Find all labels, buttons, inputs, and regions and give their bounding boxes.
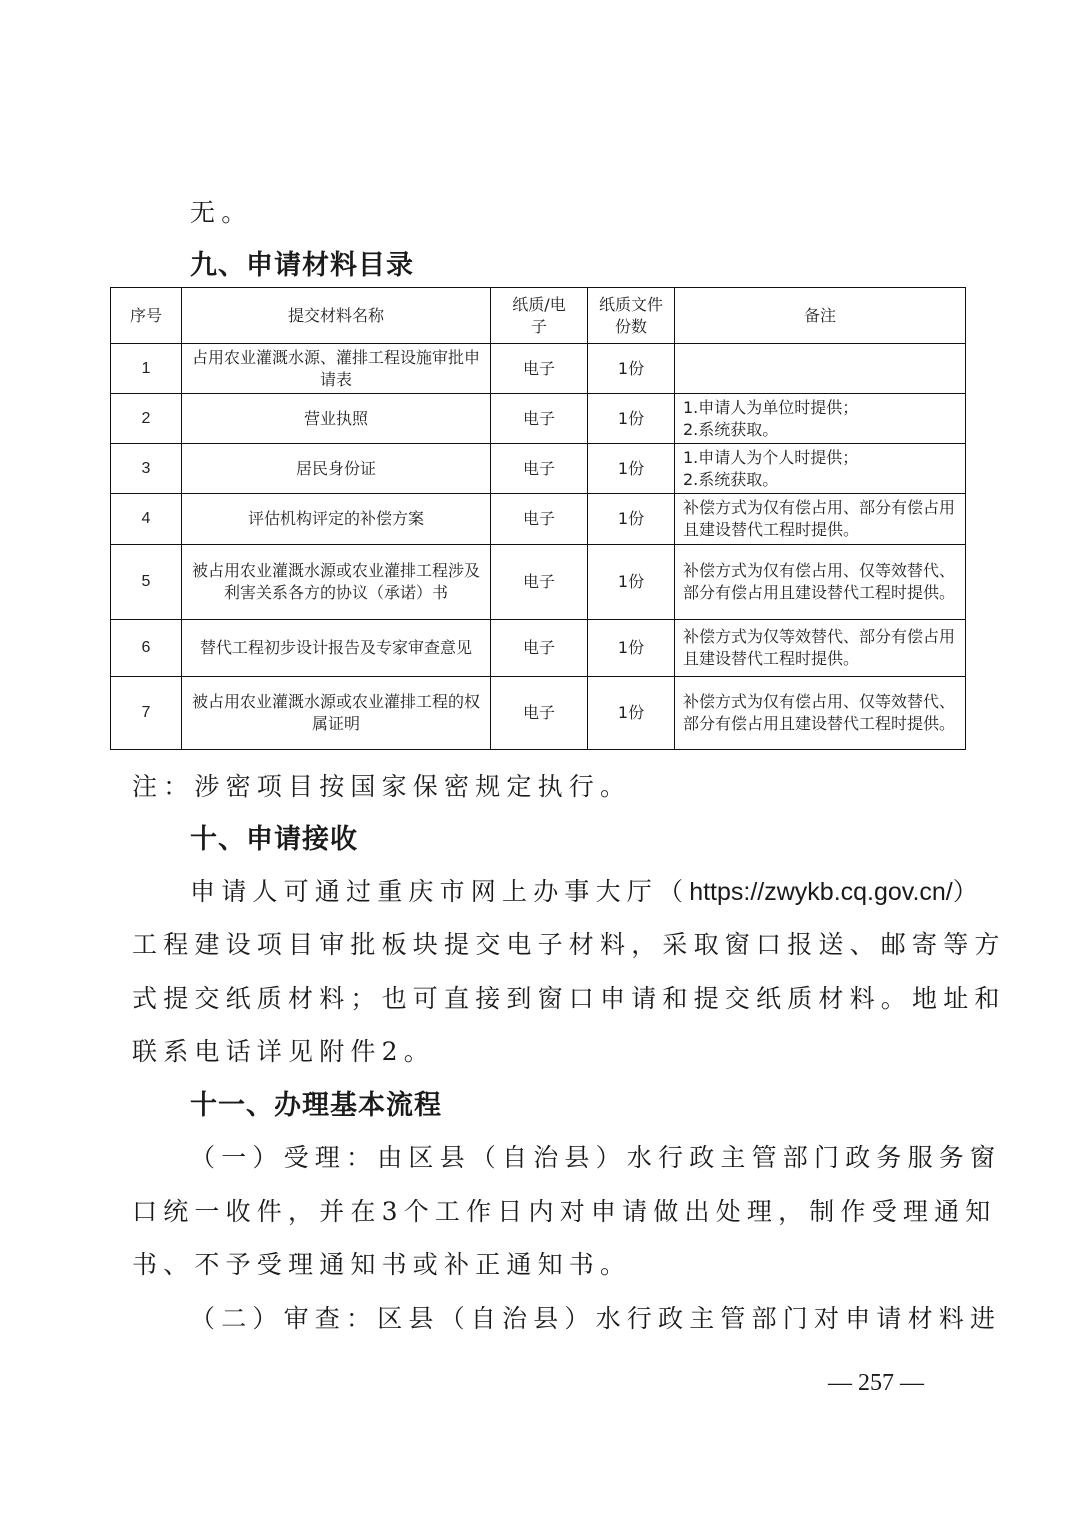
section-11-line-4: （二）审查：区县（自治县）水行政主管部门对申请材料进	[190, 1302, 1001, 1336]
row-copies: 1份	[588, 394, 675, 444]
page-number: — 257 —	[828, 1370, 924, 1397]
row-index: 2	[111, 394, 182, 444]
row-copies: 1份	[588, 344, 675, 394]
row-note: 补偿方式为仅有偿占用、部分有偿占用且建设替代工程时提供。	[675, 494, 966, 545]
note-line: 2.系统获取。	[683, 469, 961, 491]
row-name: 占用农业灌溉水源、灌排工程设施审批申请表	[182, 344, 491, 394]
row-format: 电子	[491, 444, 588, 494]
row-note: 1.申请人为个人时提供； 2.系统获取。	[675, 444, 966, 494]
row-copies: 1份	[588, 444, 675, 494]
section-11-heading: 十一、办理基本流程	[190, 1088, 442, 1124]
row-format: 电子	[491, 494, 588, 545]
table-row: 7 被占用农业灌溉水源或农业灌排工程的权属证明 电子 1份 补偿方式为仅有偿占用…	[111, 677, 966, 750]
header-index: 序号	[111, 288, 182, 344]
row-note: 补偿方式为仅有偿占用、仅等效替代、部分有偿占用且建设替代工程时提供。	[675, 545, 966, 620]
row-index: 5	[111, 545, 182, 620]
materials-table: 序号 提交材料名称 纸质/电子 纸质文件份数 备注 1 占用农业灌溉水源、灌排工…	[110, 287, 966, 750]
paragraph-text: 申请人可通过重庆市网上办事大厅（	[190, 877, 689, 906]
row-format: 电子	[491, 545, 588, 620]
row-name: 营业执照	[182, 394, 491, 444]
row-copies: 1份	[588, 620, 675, 677]
header-note: 备注	[675, 288, 966, 344]
row-index: 7	[111, 677, 182, 750]
section-10-line-1: 申请人可通过重庆市网上办事大厅（https://zwykb.cq.gov.cn/…	[190, 875, 984, 909]
table-row: 1 占用农业灌溉水源、灌排工程设施审批申请表 电子 1份	[111, 344, 966, 394]
row-format: 电子	[491, 677, 588, 750]
intro-text: 无。	[190, 196, 252, 230]
row-index: 1	[111, 344, 182, 394]
row-index: 4	[111, 494, 182, 545]
header-format: 纸质/电子	[491, 288, 588, 344]
row-name: 评估机构评定的补偿方案	[182, 494, 491, 545]
website-link[interactable]: https://zwykb.cq.gov.cn/	[689, 878, 953, 906]
row-copies: 1份	[588, 545, 675, 620]
row-name: 被占用农业灌溉水源或农业灌排工程涉及利害关系各方的协议（承诺）书	[182, 545, 491, 620]
section-10-heading: 十、申请接收	[190, 822, 358, 858]
paragraph-text: ）	[953, 877, 984, 906]
row-note: 补偿方式为仅等效替代、部分有偿占用且建设替代工程时提供。	[675, 620, 966, 677]
row-name: 被占用农业灌溉水源或农业灌排工程的权属证明	[182, 677, 491, 750]
table-row: 6 替代工程初步设计报告及专家审查意见 电子 1份 补偿方式为仅等效替代、部分有…	[111, 620, 966, 677]
section-10-line-4: 联系电话详见附件2。	[132, 1035, 435, 1069]
row-index: 6	[111, 620, 182, 677]
section-10-line-2: 工程建设项目审批板块提交电子材料，采取窗口报送、邮寄等方	[132, 928, 1006, 962]
footnote: 注：涉密项目按国家保密规定执行。	[132, 770, 631, 804]
section-11-line-3: 书、不予受理通知书或补正通知书。	[132, 1248, 631, 1282]
table-row: 5 被占用农业灌溉水源或农业灌排工程涉及利害关系各方的协议（承诺）书 电子 1份…	[111, 545, 966, 620]
row-format: 电子	[491, 620, 588, 677]
note-line: 1.申请人为单位时提供；	[683, 397, 961, 419]
section-10-line-3: 式提交纸质材料；也可直接到窗口申请和提交纸质材料。地址和	[132, 982, 1006, 1016]
row-note: 1.申请人为单位时提供； 2.系统获取。	[675, 394, 966, 444]
table-header-row: 序号 提交材料名称 纸质/电子 纸质文件份数 备注	[111, 288, 966, 344]
section-11-line-1: （一）受理：由区县（自治县）水行政主管部门政务服务窗	[190, 1141, 1001, 1175]
note-line: 2.系统获取。	[683, 419, 961, 441]
row-name: 替代工程初步设计报告及专家审查意见	[182, 620, 491, 677]
section-9-heading: 九、申请材料目录	[190, 248, 414, 284]
row-copies: 1份	[588, 677, 675, 750]
row-format: 电子	[491, 344, 588, 394]
note-line: 1.申请人为个人时提供；	[683, 447, 961, 469]
row-index: 3	[111, 444, 182, 494]
table-row: 3 居民身份证 电子 1份 1.申请人为个人时提供； 2.系统获取。	[111, 444, 966, 494]
row-name: 居民身份证	[182, 444, 491, 494]
header-name: 提交材料名称	[182, 288, 491, 344]
table-row: 2 营业执照 电子 1份 1.申请人为单位时提供； 2.系统获取。	[111, 394, 966, 444]
row-note: 补偿方式为仅有偿占用、仅等效替代、部分有偿占用且建设替代工程时提供。	[675, 677, 966, 750]
section-11-line-2: 口统一收件，并在3个工作日内对申请做出处理，制作受理通知	[132, 1195, 997, 1229]
header-copies: 纸质文件份数	[588, 288, 675, 344]
row-copies: 1份	[588, 494, 675, 545]
row-format: 电子	[491, 394, 588, 444]
row-note	[675, 344, 966, 394]
table-row: 4 评估机构评定的补偿方案 电子 1份 补偿方式为仅有偿占用、部分有偿占用且建设…	[111, 494, 966, 545]
